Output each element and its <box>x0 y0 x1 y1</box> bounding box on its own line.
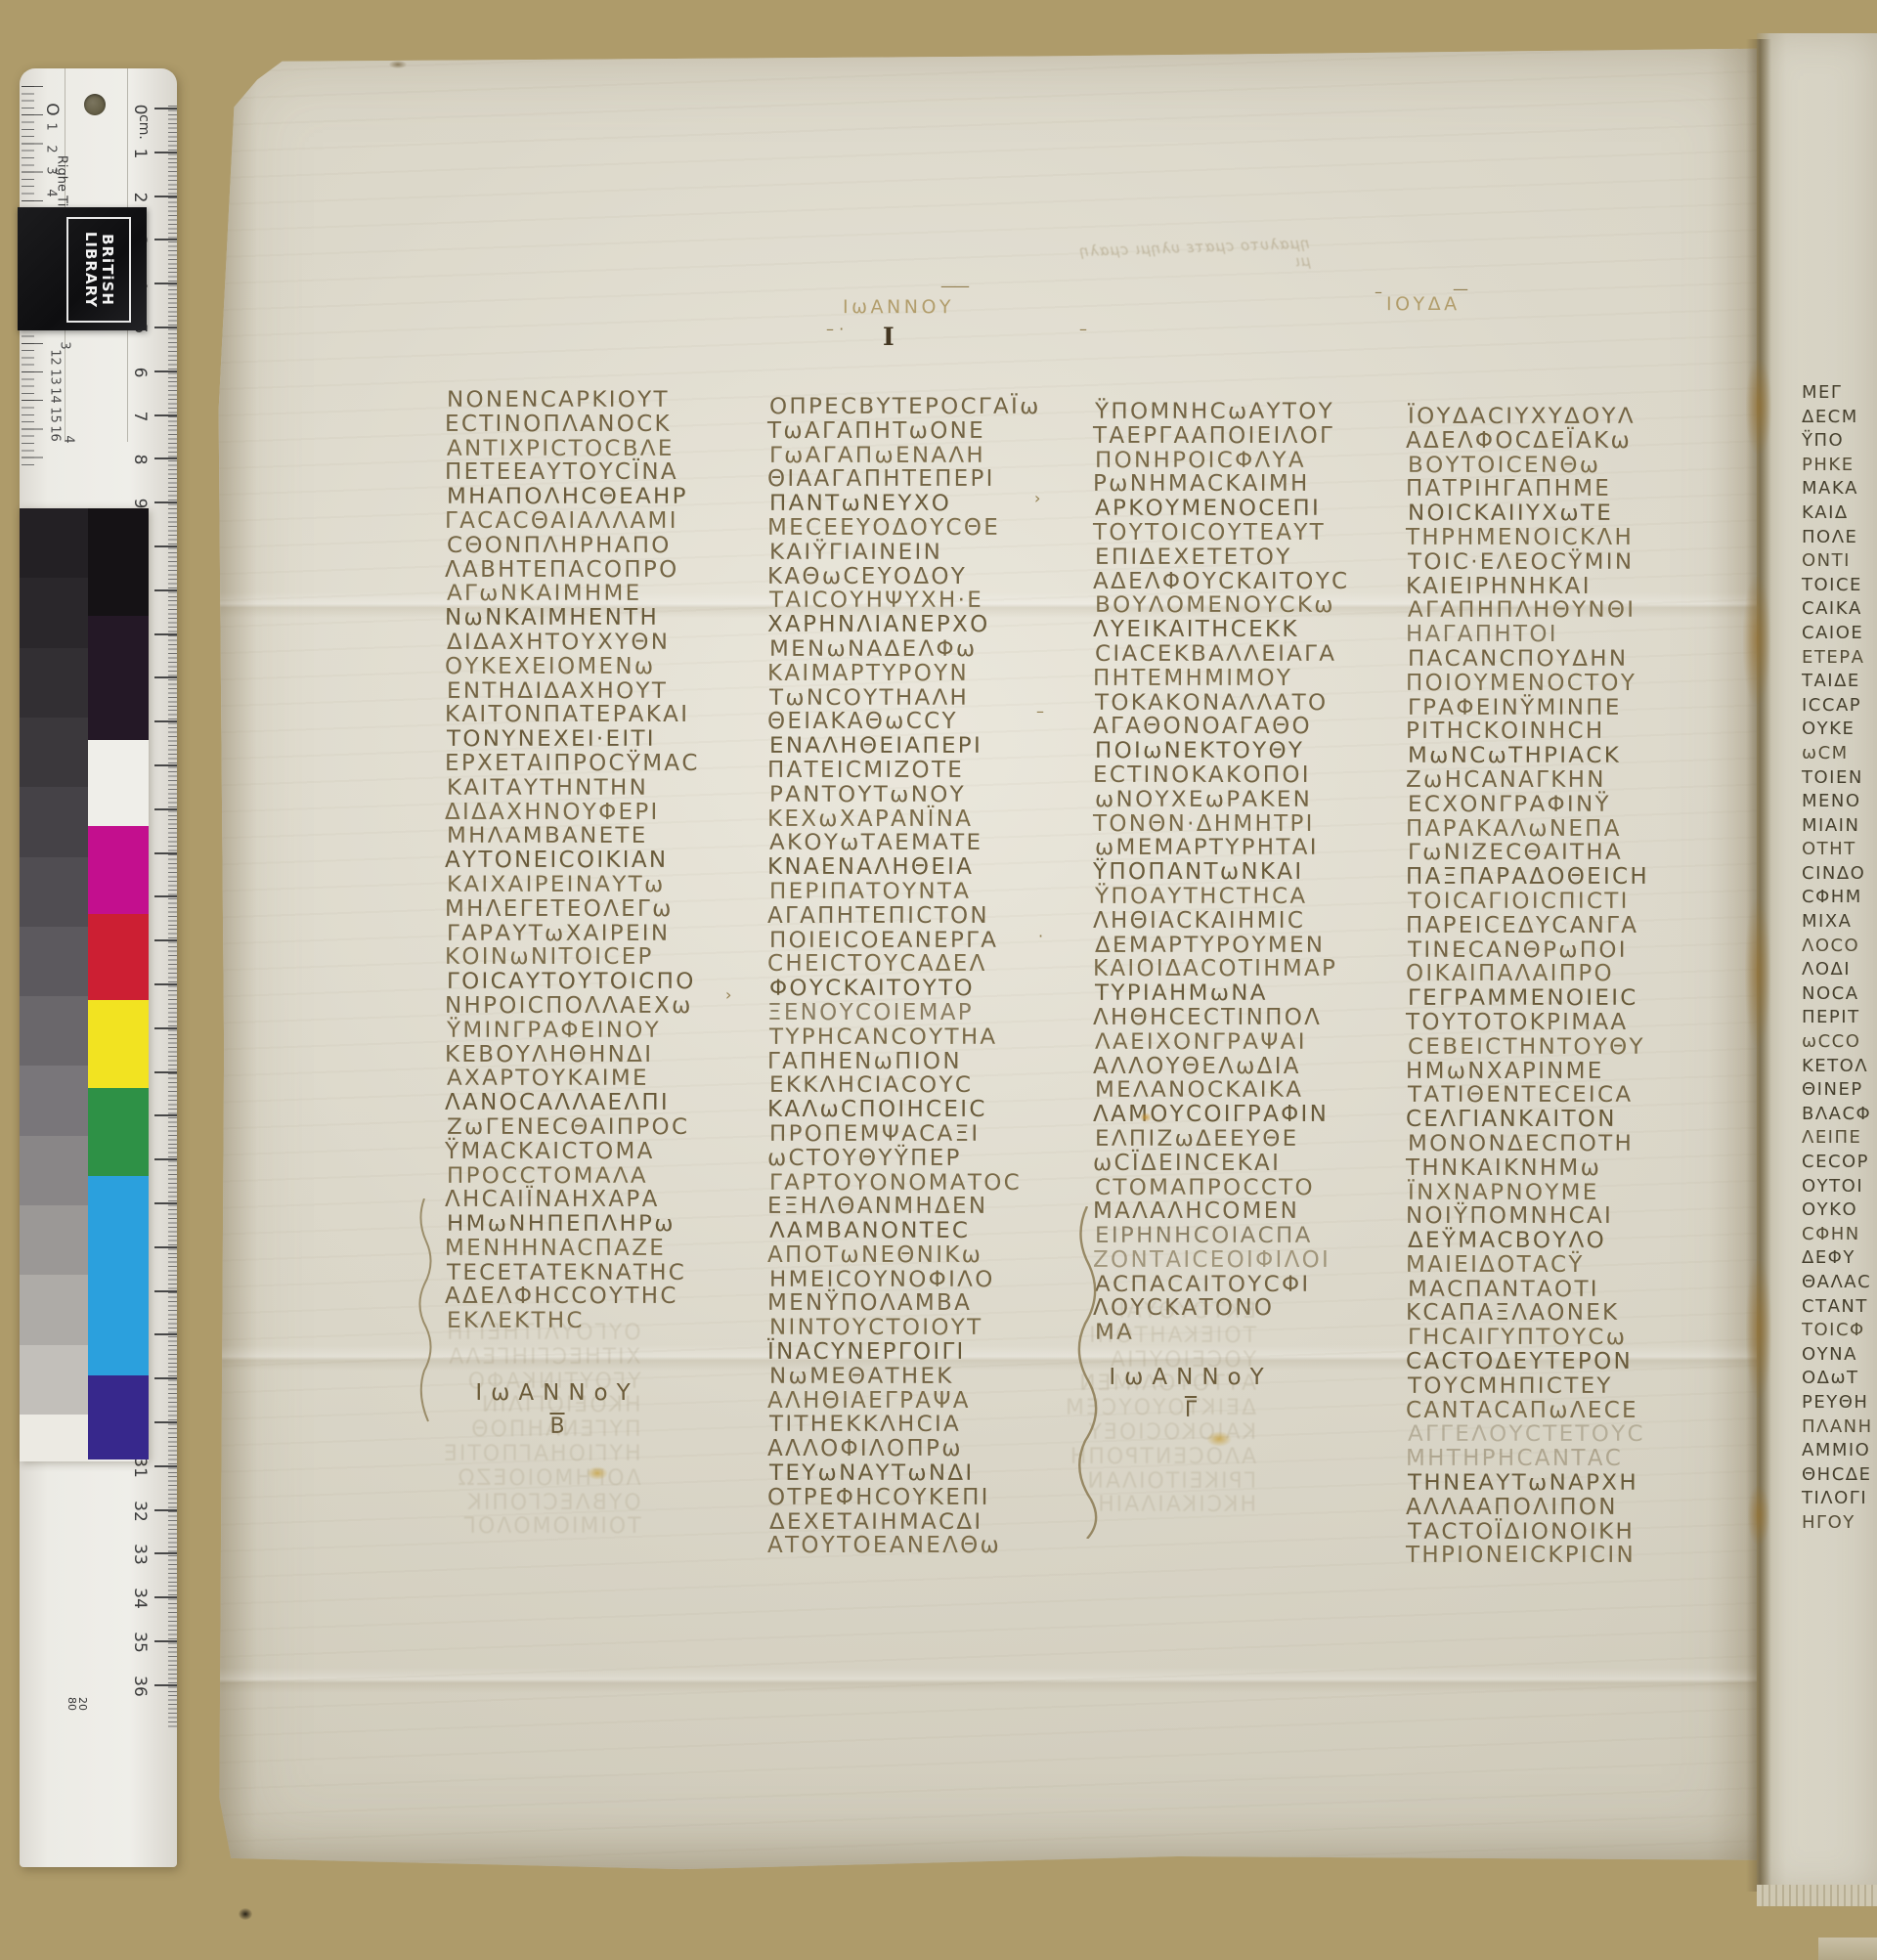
greek-text-line: ΜΕΝΫΠΟΛΑΜΒΑ <box>767 1291 1039 1316</box>
greek-text-line: ΠΟΙΕΙCΟΕΑΝΕΡΓΑ <box>769 929 1041 952</box>
greek-text-line: ωCΪΔΕΙΝCΕΚΑΙ <box>1093 1152 1349 1176</box>
grayscale-step <box>20 857 88 928</box>
greek-text-line: ΠΛΑΝΗ <box>1802 1416 1873 1440</box>
greek-text-line: ωCCΟ <box>1802 1030 1873 1055</box>
color-patch-white <box>88 740 149 826</box>
greek-text-line: ΜωΝCωΤΗΡΙΑCΚ <box>1408 745 1651 768</box>
greek-text-line: ΘΙΑΑΓΑΠΗΤΕΠΕΡΙ <box>767 467 1039 492</box>
greek-text-line: ΝΟCΑ <box>1802 982 1873 1007</box>
greek-text-line: ΑΧΑΡΤΟΥΚΑΙΜΕ <box>447 1067 702 1091</box>
greek-text-line: ΤΗΡΗΜΕΝΟΙCΚΛΗ <box>1406 526 1649 550</box>
greek-text-line: ΓΟΙCΑΥΤΟΥΤΟΙCΠΟ <box>447 970 702 993</box>
greek-text-line: ΛΑΜΒΑΝΟΝΤΕC <box>769 1219 1041 1242</box>
greek-text-line: ΤΗΡΙΟΝΕΙCΚΡΙCΙΝ <box>1406 1544 1649 1568</box>
subscription-3john-title: ΙωΑΝΝοΥ <box>1083 1365 1298 1390</box>
greek-text-line: ΜΟΝΟΝΔΕCΠΟΤΗ <box>1408 1132 1651 1155</box>
greek-text-line: ΜΙΧΑ <box>1802 910 1873 935</box>
grayscale-step <box>20 1136 88 1206</box>
greek-text-line: ΕΝΑΛΗΘΕΙΑΠΕΡΙ <box>769 735 1041 759</box>
greek-text-line: ΠΑΝΤωΝΕΥΧΟ <box>769 493 1041 516</box>
greek-text-line: ΤΙΝΕCΑΝΘΡωΠΟΙ <box>1408 938 1651 962</box>
greek-text-line: CΗΕΙCΤΟΥCΑΔΕΛ <box>767 952 1039 977</box>
greek-text-line: ΠΟΝΗΡΟΙCΦΛΥΑ <box>1095 449 1351 472</box>
greek-text-line: ΜΗΛΕΓΕΤΕΟΛΕΓω <box>445 897 700 922</box>
greek-text-line: ΪΝΧΝΑΡΝΟΥΜΕ <box>1408 1181 1651 1204</box>
greek-text-line: CΤΑΝΤ <box>1802 1295 1873 1320</box>
card-bottom-white-band <box>20 1415 88 1461</box>
greek-text-line: ΜΕΝΟ <box>1802 790 1873 814</box>
color-patch-red <box>88 914 149 1000</box>
ruler-cm-tick <box>154 1333 177 1335</box>
greek-text-line: ΑΓΑΘΟΝΟΑΓΑΘΟ <box>1093 715 1349 739</box>
greek-text-line: ΠΕΤΕΕΑΥΤΟΥCΪΝΑ <box>445 460 700 485</box>
greek-text-line: ΠΕΡΙΠΑΤΟΥΝΤΑ <box>769 880 1041 903</box>
greek-text-line: ΑΓΓΕΛΟΥCΤΕΤΟΥC <box>1408 1423 1651 1447</box>
greek-text-line: ΚΕΒΟΥΛΗΘΗΝΔΙ <box>445 1043 700 1067</box>
grayscale-step <box>20 787 88 857</box>
ruler-cm-number: 36 <box>130 1672 150 1701</box>
greek-text-line: ΟΝΤΙ <box>1802 549 1873 574</box>
ruler-cm-number: 32 <box>130 1497 150 1526</box>
greek-text-line: ΝωΜΕΘΑΤΗΕΚ <box>769 1365 1041 1388</box>
greek-text-line: ΚΑΙΧΑΙΡΕΙΝΑΥΤω <box>447 873 702 896</box>
ruler-cm-tick <box>154 196 177 197</box>
greek-text-line: ΜΕΓ <box>1802 381 1873 406</box>
ruler-cm-tick <box>154 764 177 766</box>
greek-text-line: ΗΜΕΙCΟΥΝΟΦΙΛΟ <box>769 1268 1041 1291</box>
greek-text-line: ωCΜ <box>1802 742 1873 766</box>
greek-text-line: ΗΑΓΑΠΗΤΟΙ <box>1406 623 1649 647</box>
parchment-crease <box>217 1668 1767 1693</box>
greek-text-line: ΤΗΝΕΑΥΤωΝΑΡΧΗ <box>1408 1471 1651 1495</box>
subscription-3john-numeral: Γ <box>1083 1398 1298 1422</box>
greek-text-line: ΫΠΟΑΥΤΗCΤΗCΑ <box>1095 885 1351 908</box>
running-title-numeral: Ι <box>883 323 895 351</box>
greek-text-line: ΜΙΑΙΝ <box>1802 814 1873 839</box>
greek-text-line: ΑΡΚΟΥΜΕΝΟCΕΠΙ <box>1095 498 1351 521</box>
show-through-line: ΓΡΙΚΕΙΤΟΙΛΑΝ <box>1064 1470 1256 1495</box>
color-patch-yellow <box>88 1000 149 1088</box>
greek-text-line: ΘΑΛΑC <box>1802 1271 1873 1295</box>
greek-text-line: ΟΤΡΕΦΗCΟΥΚΕΠΙ <box>767 1486 1039 1510</box>
greek-text-line: ΛΑΕΙΧΟΝΓΡΑΨΑΙ <box>1095 1030 1351 1054</box>
grayscale-step <box>20 1205 88 1276</box>
greek-text-line: ΚΟΙΝωΝΙΤΟΙCΕΡ <box>445 945 700 970</box>
ruler-cm-number: 8 <box>130 445 150 474</box>
color-patch-column <box>88 508 149 1459</box>
greek-text-line: ΟΥΝΑ <box>1802 1343 1873 1368</box>
scribal-dash-mark: – · <box>826 320 844 338</box>
greek-text-line: ΓΑΠΗΕΝωΠΙΟΝ <box>767 1050 1039 1074</box>
ruler-cm-tick <box>154 1071 177 1073</box>
greek-text-line: ΡωΝΗΜΑCΚΑΙΜΗ <box>1093 472 1349 497</box>
greek-text-line: ΫΠΟΜΝΗCωΑΥΤΟΥ <box>1095 400 1351 423</box>
greek-text-line: ΠΑΤΕΙCΜΙΖΟΤΕ <box>767 759 1039 783</box>
greek-text-line: CΕΒΕΙCΤΗΝΤΟΥΘΥ <box>1408 1035 1651 1059</box>
scribal-dash-mark: – <box>1079 320 1087 338</box>
greek-text-line: ΝΟΝΕΝCΑΡΚΙΟΥΤ <box>447 388 702 412</box>
color-calibration-card <box>20 508 149 1461</box>
greek-text-line: ΒΟΥΛΟΜΕΝΟΥCΚω <box>1095 594 1351 618</box>
ruler-cm-number: 33 <box>130 1540 150 1569</box>
greek-text-line: ΫΜΙΝΓΡΑΦΕΙΝΟΥ <box>447 1019 702 1042</box>
greek-text-line: ΡΑΝΤΟΥΤωΝΟΥ <box>769 783 1041 806</box>
subscription-2john-title: ΙωΑΝΝοΥ <box>450 1380 665 1406</box>
greek-text-line: ΙCCΑΡ <box>1802 694 1873 719</box>
greek-text-line: ΠΟΛΕ <box>1802 526 1873 550</box>
greek-text-line: ΤΥΡΙΑΗΜωΝΑ <box>1095 981 1351 1005</box>
greek-text-line: ΛΑΜΟΥCΟΙΓΡΑΦΙΝ <box>1093 1103 1349 1127</box>
greek-text-line: ΜΑ <box>1095 1322 1351 1345</box>
greek-text-line: ΑΠΟΤωΝΕΘΝΙΚω <box>767 1243 1039 1268</box>
ruler-cm-tick <box>154 895 177 897</box>
greek-text-line: ΔΕCΜ <box>1802 406 1873 430</box>
greek-text-line: ΤΟΝΥΝΕΧΕΙ·ΕΙΤΙ <box>447 728 702 752</box>
grayscale-step <box>20 508 88 579</box>
greek-text-line: ΛΕΙΠΕ <box>1802 1126 1873 1151</box>
grayscale-step <box>20 648 88 719</box>
margin-diple-mark: › <box>725 985 731 1004</box>
greek-text-line: ΔΕΜΑΡΤΥΡΟΥΜΕΝ <box>1095 934 1351 957</box>
ruler-cm-tick <box>154 808 177 810</box>
greek-text-line: ΕΚΚΛΗCΙΑCΟΥC <box>769 1074 1041 1098</box>
grayscale-step <box>20 1066 88 1136</box>
greek-text-line: ΘΗCΔΕ <box>1802 1463 1873 1488</box>
greek-text-line: ΜΑCΠΑΝΤΑΟΤΙ <box>1408 1278 1651 1301</box>
greek-text-line: ΗΜωΝΧΑΡΙΝΜΕ <box>1406 1060 1649 1084</box>
greek-text-line: ΓωΑΓΑΠωΕΝΑΛΗ <box>769 444 1041 467</box>
ruler-cm-tick <box>154 720 177 722</box>
greek-text-line: ΤΟΙCΦ <box>1802 1319 1873 1343</box>
greek-text-line: ΑΛΛΟΥΘΕΛωΔΙΑ <box>1093 1055 1349 1079</box>
scribal-dash-mark: – <box>1375 283 1382 301</box>
greek-text-line: ΕΛΠΙΖωΔΕΕΥΘΕ <box>1095 1127 1351 1151</box>
greek-text-line: CΕCΟΡ <box>1802 1151 1873 1175</box>
greek-text-line: ΠΑΞΠΑΡΑΔΟΘΕΙCΗ <box>1406 865 1649 890</box>
greek-text-line: ΡΗΚΕ <box>1802 454 1873 478</box>
greek-text-line: ΗΜωΝΗΠΕΠΛΗΡω <box>447 1212 702 1236</box>
show-through-line: ΗΚCΙΚΑΙΛΑΙΗ <box>1064 1494 1256 1518</box>
greek-text-line: ΕCΤΙΝΟΚΑΚΟΠΟΙ <box>1093 763 1349 788</box>
ruler-cm-tick <box>154 633 177 635</box>
ruler-cm-tick <box>154 152 177 153</box>
greek-text-line: ΑΓΑΠΗΠΛΗΘΥΝΘΙ <box>1408 599 1651 623</box>
greek-text-line: ΕΡΧΕΤΑΙΠΡΟCΫΜΑC <box>445 752 700 776</box>
greek-text-line: ΝωΝΚΑΙΜΗΕΝΤΗ <box>445 606 700 631</box>
show-through-line: ΗΥΓΙΟΗΑΓΠΟΤΙΕ <box>442 1443 641 1467</box>
greek-text-line: ΒΟΥΤΟΙCΕΝΘω <box>1408 454 1651 477</box>
greek-text-line: ΪΟΥΔΑCΙΥΧΥΔΟΥΛ <box>1408 405 1651 428</box>
greek-text-line: CΑCΤΟΔΕΥΤΕΡΟΝ <box>1406 1350 1649 1374</box>
greek-text-line: ΤΑΙΔΕ <box>1802 670 1873 694</box>
ruler-cm-tick <box>154 1509 177 1511</box>
grayscale-step <box>20 578 88 648</box>
greek-text-line: ΝΟΙΫΠΟΜΝΗCΑΙ <box>1406 1204 1649 1229</box>
greek-text-line: ΫΜΑCΚΑΙCΤΟΜΑ <box>445 1140 700 1164</box>
grayscale-step <box>20 718 88 788</box>
show-through-line: ΛΟΓΗΜΟΙΟΕΖΩ <box>442 1467 641 1492</box>
running-title-iouda: ΙΟΥΔΑ <box>1386 293 1461 315</box>
greek-text-line: ΑΛΛΟΦΙΛΟΠΡω <box>767 1437 1039 1461</box>
greek-text-line: CΤΟΜΑΠΡΟCCΤΟ <box>1095 1176 1351 1199</box>
greek-text-line: ΑΤΟΥΤΟΕΑΝΕΛΘω <box>767 1534 1039 1558</box>
greek-text-line: ΓΑΡΤΟΥΟΝΟΜΑΤΟC <box>769 1171 1041 1195</box>
ruler-end-label-top: 20 <box>77 1697 88 1711</box>
greek-text-line: ΤΑΕΡΓΑΑΠΟΙΕΙΛΟΓ <box>1093 424 1349 449</box>
greek-text-line: CΑΙΚΑ <box>1802 597 1873 622</box>
greek-text-line: ΟΙΚΑΙΠΑΛΑΙΠΡΟ <box>1406 962 1649 986</box>
greek-text-line: ΔΙΔΑΧΗΝΟΥΦΕΡΙ <box>445 801 700 825</box>
show-through-line: ΟΥΒΛΕCΓΟΠΙΚ <box>442 1492 641 1516</box>
greek-text-line: ΚΑΙΜΑΡΤΥΡΟΥΝ <box>767 662 1039 686</box>
greek-text-line: ΚΕΤΟΛ <box>1802 1055 1873 1079</box>
ruler-cm-tick <box>154 1640 177 1642</box>
grayscale-step <box>20 996 88 1067</box>
greek-text-line: ΟΥΚΟ <box>1802 1198 1873 1223</box>
greek-text-line: ΤΙΛΟΓΙ <box>1802 1487 1873 1511</box>
greek-text-line: ωCΤΟΥΘΥΫΠΕΡ <box>767 1147 1039 1171</box>
ruler-cm-tick <box>154 1114 177 1116</box>
margin-dash-mark: – <box>1036 702 1044 720</box>
greek-text-line: ΑΜΜΙΟ <box>1802 1439 1873 1463</box>
greek-text-line: ΛΟΔΙ <box>1802 958 1873 982</box>
greek-text-line: ΘΙΝΕΡ <box>1802 1078 1873 1103</box>
greek-text-line: ΫΠΟΠΑΝΤωΝΚΑΙ <box>1093 860 1349 885</box>
greek-text-line: ΛΗΘΙΑCΚΑΙΗΜΙC <box>1093 909 1349 934</box>
ruler-cm-tick <box>154 239 177 240</box>
greek-text-line: ΧΑΡΗΝΛΙΑΝΕΡΧΟ <box>767 613 1039 637</box>
greek-text-line: ΤΙΤΗΕΚΚΛΗCΙΑ <box>769 1414 1041 1437</box>
greek-text-line: ΜΑΙΕΙΔΟΤΑCΫ <box>1406 1253 1649 1278</box>
greek-text-line: ΤΟΙC·ΕΛΕΟCΫΜΙΝ <box>1408 550 1651 574</box>
grayscale-step-column <box>20 508 88 1461</box>
greek-text-line: ΚΕΧωΧΑΡΑΝΪΝΑ <box>767 807 1039 832</box>
scribal-dash-mark: —— <box>940 277 968 295</box>
ruler-cm-tick <box>154 939 177 941</box>
greek-text-line: ΚΝΑΕΝΑΛΗΘΕΙΑ <box>767 855 1039 880</box>
greek-text-line: ΠΡΟΠΕΜΨΑCΑΞΙ <box>769 1122 1041 1146</box>
greek-text-line: ΤΑCΤΟΪΔΙΟΝΟΙΚΗ <box>1408 1520 1651 1544</box>
greek-text-line: ΓωΝΙΖΕCΘΑΙΤΗΑ <box>1408 842 1651 865</box>
ruler-cm-tick <box>154 1552 177 1554</box>
greek-text-line: ΑΓΑΠΗΤΕΠΙCΤΟΝ <box>767 904 1039 929</box>
margin-diple-mark: › <box>1034 489 1040 507</box>
greek-text-line: ΕΚΛΕΚΤΗC <box>447 1310 702 1333</box>
greek-text-line: ΜΕΝΗΗΝΑCΠΑΖΕ <box>445 1237 700 1261</box>
greek-text-line: ΜΗΑΠΟΛΗCΘΕΑΗΡ <box>447 486 702 509</box>
ruler-cm-number: 1 <box>130 139 150 168</box>
greek-text-line: ΤΟΚΑΚΟΝΑΛΛΑΤΟ <box>1095 691 1351 715</box>
ruler-cm-tick <box>154 1377 177 1379</box>
scribal-dash-mark: — <box>1453 280 1468 298</box>
greek-text-line: ΖωΓΕΝΕCΘΑΙΠΡΟC <box>447 1115 702 1139</box>
greek-text-line: ΛΑΝΟCΑΛΛΑΕΛΠΙ <box>445 1091 700 1115</box>
greek-text-line: CΑΝΤΑCΑΠωΛΕCΕ <box>1406 1399 1649 1423</box>
greek-text-line: ΔΕΧΕΤΑΙΗΜΑCΔΙ <box>769 1510 1041 1534</box>
greek-text-line: ΚCΑΠΑΞΛΑΟΝΕΚ <box>1406 1301 1649 1326</box>
greek-text-line: ΤΟΙCΑΓΙΟΙCΠΙCΤΙ <box>1408 890 1651 913</box>
ruler-cm-number: 34 <box>130 1584 150 1613</box>
ruler-cm-tick <box>154 414 177 416</box>
greek-text-line: ΤωΝCΟΥΤΗΑΛΗ <box>769 686 1041 710</box>
greek-text-line: ΝΙΝΤΟΥCΤΟΙΟΥΤ <box>769 1317 1041 1340</box>
greek-text-line: ΤωΑΓΑΠΗΤωΟΝΕ <box>767 419 1039 444</box>
greek-text-line: ΕCΤΙΝΟΠΛΑΝΟCΚ <box>445 413 700 437</box>
color-patch-magenta <box>88 826 149 914</box>
greek-text-line: ΕCΧΟΝΓΡΑΦΙΝΫ <box>1408 793 1651 816</box>
show-through-line: ΤΟΙΜΙΟΜΟΛΟΓ <box>442 1515 641 1540</box>
greek-text-line: ΡΕΥΘΗ <box>1802 1391 1873 1416</box>
greek-text-line: ΚΑΙΟΙΔΑCΟΤΙΗΜΑΡ <box>1093 957 1349 981</box>
greek-text-line: CΦΗΜ <box>1802 886 1873 910</box>
greek-text-line: ΓΑΡΑΥΤωΧΑΙΡΕΙΝ <box>447 922 702 945</box>
ruler-cm-tick <box>154 370 177 372</box>
greek-text-line: ΟΠΡΕCΒΥΤΕΡΟCΓΑΪω <box>769 395 1041 418</box>
greek-text-line: ΠΕΡΙΤ <box>1802 1006 1873 1030</box>
ruler-cm-number: 35 <box>130 1628 150 1657</box>
greek-text-line: ΔΕΫΜΑCΒΟΥΛΟ <box>1408 1229 1651 1252</box>
text-column-2john: ΝΟΝΕΝCΑΡΚΙΟΥΤΕCΤΙΝΟΠΛΑΝΟCΚΑΝΤΙΧΡΙCΤΟCΒΛΕ… <box>445 388 700 1333</box>
greek-text-line: ΜΑΛΑΛΗCΟΜΕΝ <box>1093 1199 1349 1224</box>
ruler-cm-tick <box>154 1158 177 1160</box>
running-title-ioannou: ΙωΑΝΝΟΥ <box>843 296 954 318</box>
greek-text-line: ΜΗΤΗΡΗCΑΝΤΑC <box>1406 1447 1649 1471</box>
greek-text-line: ΪΝΑCΥΝΕΡΓΟΙΓΙ <box>767 1340 1039 1365</box>
greek-text-line: ΖωΗCΑΝΑΓΚΗΝ <box>1406 768 1649 793</box>
manuscript-photo-stage: ΙωΑΝΝΟΥ Ι ΙΟΥΔΑ – · —— – – — ημαλυτο ϲμα… <box>0 0 1877 1960</box>
subscription-2john-numeral: Β <box>450 1415 665 1439</box>
greek-text-line: ΚΑΙΫΓΙΑΙΝΕΙΝ <box>769 541 1041 564</box>
ruler-cm-number: 6 <box>130 358 150 387</box>
greek-text-line: ΔΙΔΑΧΗΤΟΥΧΥΘΝ <box>447 631 702 654</box>
ruler-cm-tick <box>154 1246 177 1248</box>
ruler-cm-number: 0 <box>130 95 150 124</box>
greek-text-line: ΤΟΙCΕ <box>1802 574 1873 598</box>
color-patch-black <box>88 508 149 616</box>
greek-text-line: ΓΡΑΦΕΙΝΫΜΙΝΠΕ <box>1408 696 1651 719</box>
text-column-jude: ΪΟΥΔΑCΙΥΧΥΔΟΥΛΑΔΕΛΦΟCΔΕΪΑΚωΒΟΥΤΟΙCΕΝΘωΠΑ… <box>1406 405 1649 1568</box>
ruler-cm-tick <box>154 1596 177 1598</box>
label-line-library: LIBRARY <box>82 232 99 308</box>
greek-text-line: ΕΞΗΛΘΑΝΜΗΔΕΝ <box>767 1195 1039 1219</box>
ruler-cm-tick <box>154 983 177 985</box>
greek-text-line: ΕΤΕΡΑ <box>1802 646 1873 671</box>
greek-text-line: ΚΑΙΤΟΝΠΑΤΕΡΑΚΑΙ <box>445 703 700 727</box>
show-through-line: ΑΛΟCΕΝΤΡΟΠΗ <box>1064 1446 1256 1470</box>
greek-text-line: ΤΥΡΗCΑΝCΟΥΤΗΑ <box>769 1025 1041 1049</box>
greek-text-line: ΓΗCΑΙΓΥΠΤΟΥCω <box>1408 1327 1651 1350</box>
greek-text-line: CΘΟΝΠΛΗΡΗΑΠΟ <box>447 534 702 557</box>
greek-text-line: ΚΑΛωCΠΟΙΗCΕΙC <box>767 1098 1039 1122</box>
greek-text-line: ΝΟΙCΚΑΙΙΥΧωΤΕ <box>1408 502 1651 526</box>
ruler-cm-tick <box>154 589 177 591</box>
greek-text-line: ΑΓωΝΚΑΙΜΗΜΕ <box>447 583 702 606</box>
grayscale-step <box>20 1345 88 1416</box>
greek-text-line: ΑΚΟΥωΤΑΕΜΑΤΕ <box>769 832 1041 855</box>
ruler-cm-tick <box>154 457 177 459</box>
greek-text-line: ΠΑΤΡΙΗΓΑΠΗΜΕ <box>1406 477 1649 501</box>
ruler-cm-tick <box>154 1465 177 1467</box>
next-leaf-text-column: ΜΕΓΔΕCΜΫΠΟΡΗΚΕΜΑΚΑΚΑΙΔΠΟΛΕΟΝΤΙΤΟΙCΕCΑΙΚΑ… <box>1802 381 1873 1536</box>
greek-text-line: ΛΟCΟ <box>1802 935 1873 959</box>
greek-text-line: ΟΔωΤ <box>1802 1367 1873 1391</box>
greek-text-line: ΫΠΟ <box>1802 429 1873 454</box>
greek-text-line: ΟΥΤΟΙ <box>1802 1175 1873 1199</box>
greek-text-line: ΔΕΦΥ <box>1802 1246 1873 1271</box>
greek-text-line: ΤΗΝΚΑΙΚΝΗΜω <box>1406 1156 1649 1181</box>
greek-text-line: ΠΗΤΕΜΗΜΙΜΟΥ <box>1093 667 1349 691</box>
greek-text-line: ΓΑCΑCΘΑΙΑΛΛΑΜΙ <box>445 509 700 534</box>
greek-text-line: ΑΥΤΟΝΕΙCΟΙΚΙΑΝ <box>445 849 700 873</box>
greek-text-line: ΗΓΟΥ <box>1802 1511 1873 1536</box>
greek-text-line: ΞΕΝΟΥCΟΙΕΜΑΡ <box>767 1001 1039 1025</box>
color-patch-dark-purple <box>88 616 149 740</box>
greek-text-line: ΠΟΙωΝΕΚΤΟΥΘΥ <box>1095 740 1351 763</box>
greek-text-line: CΙΑCΕΚΒΑΛΛΕΙΑΓΑ <box>1095 642 1351 666</box>
greek-text-line: CΙΝΔΟ <box>1802 862 1873 887</box>
greek-text-line: ΤΕΥωΝΑΥΤωΝΔΙ <box>769 1461 1041 1485</box>
text-column-3john-begin: ΟΠΡΕCΒΥΤΕΡΟCΓΑΪωΤωΑΓΑΠΗΤωΟΝΕΓωΑΓΑΠωΕΝΑΛΗ… <box>767 395 1039 1558</box>
greek-text-line: ΜΕΛΑΝΟCΚΑΙΚΑ <box>1095 1079 1351 1103</box>
greek-text-line: ΜΑΚΑ <box>1802 477 1873 501</box>
grayscale-step <box>20 927 88 997</box>
ruler-cm-tick <box>154 545 177 547</box>
ruler-cm-tick <box>154 327 177 328</box>
ruler-cm-tick <box>154 1421 177 1423</box>
greek-text-line: ΛΥΕΙΚΑΙΤΗCΕΚΚ <box>1093 618 1349 642</box>
greek-text-line: ΚΑΘωCΕΥΟΔΟΥ <box>767 565 1039 589</box>
greek-text-line: ΟΥΚΕ <box>1802 718 1873 742</box>
greek-text-line: ΑΝΤΙΧΡΙCΤΟCΒΛΕ <box>447 437 702 460</box>
ruler-cm-tick <box>154 1684 177 1686</box>
greek-text-line: ΕΝΤΗΔΙΔΑΧΗΟΥΤ <box>447 679 702 703</box>
color-patch-green <box>88 1088 149 1176</box>
greek-text-line: ΛΟΥCΚΑΤΟΝΟ <box>1093 1296 1349 1321</box>
greek-text-line: ΑΛΗΘΙΑΕΓΡΑΨΑ <box>767 1389 1039 1414</box>
greek-text-line: ΖΟΝΤΑΙCΕΟΙΦΙΛΟΙ <box>1093 1248 1349 1273</box>
ruler-end-label: 20 80 <box>66 1697 88 1711</box>
color-patch-indigo <box>88 1375 149 1459</box>
greek-text-line: ΠΑΡΑΚΑΛωΝΕΠΑ <box>1406 817 1649 842</box>
greek-text-line: ΜΕCΕΕΥΟΔΟΥCΘΕ <box>767 516 1039 541</box>
british-library-label-frame: BRiTiSH LIBRARY <box>66 217 131 323</box>
ruler-cm-tick <box>154 852 177 854</box>
greek-text-line: ΓΕΓΡΑΜΜΕΝΟΙΕΙC <box>1408 986 1651 1010</box>
greek-text-line: ΡΙΤΗCΚΟΙΝΗCΗ <box>1406 719 1649 744</box>
greek-text-line: ΕΠΙΔΕΧΕΤΕΤΟΥ <box>1095 545 1351 569</box>
label-line-british: BRiTiSH <box>99 232 115 308</box>
grayscale-step <box>20 1275 88 1345</box>
greek-text-line: CΦΗΝ <box>1802 1223 1873 1247</box>
greek-text-line: ΘΕΙΑΚΑΘωCCΥ <box>767 710 1039 734</box>
greek-text-line: ΚΑΙΤΑΥΤΗΝΤΗΝ <box>447 776 702 800</box>
ruler-cm-tick <box>154 1027 177 1029</box>
measurement-ruler: O Righe Tip. 1 1234 3 1213141516 4 cm. 0… <box>20 68 177 1867</box>
ruler-cm-tick <box>154 1202 177 1204</box>
greek-text-line: ΛΗΘΗCΕCΤΙΝΠΟΛ <box>1093 1006 1349 1030</box>
dark-speck <box>239 1908 252 1920</box>
greek-text-line: ΠΡΟCCΤΟΜΑΛΑ <box>447 1164 702 1188</box>
page-stack-edge <box>1818 1938 1877 1960</box>
greek-text-line: ΑΔΕΛΦΗCCΟΥΤΗC <box>445 1285 700 1309</box>
greek-text-line: ΤΟΝΘΝ·ΔΗΜΗΤΡΙ <box>1093 812 1349 837</box>
greek-text-line: ΝΗΡΟΙCΠΟΛΛΑΕΧω <box>445 994 700 1019</box>
greek-text-line: ΑΔΕΛΦΟΥCΚΑΙΤΟΥC <box>1093 570 1349 594</box>
ruler-cm-tick <box>154 501 177 503</box>
british-library-label: BRiTiSH LIBRARY <box>18 207 147 330</box>
ruler-end-label-bottom: 80 <box>66 1697 77 1711</box>
greek-text-line: ΚΑΙΕΙΡΗΝΗΚΑΙ <box>1406 575 1649 599</box>
